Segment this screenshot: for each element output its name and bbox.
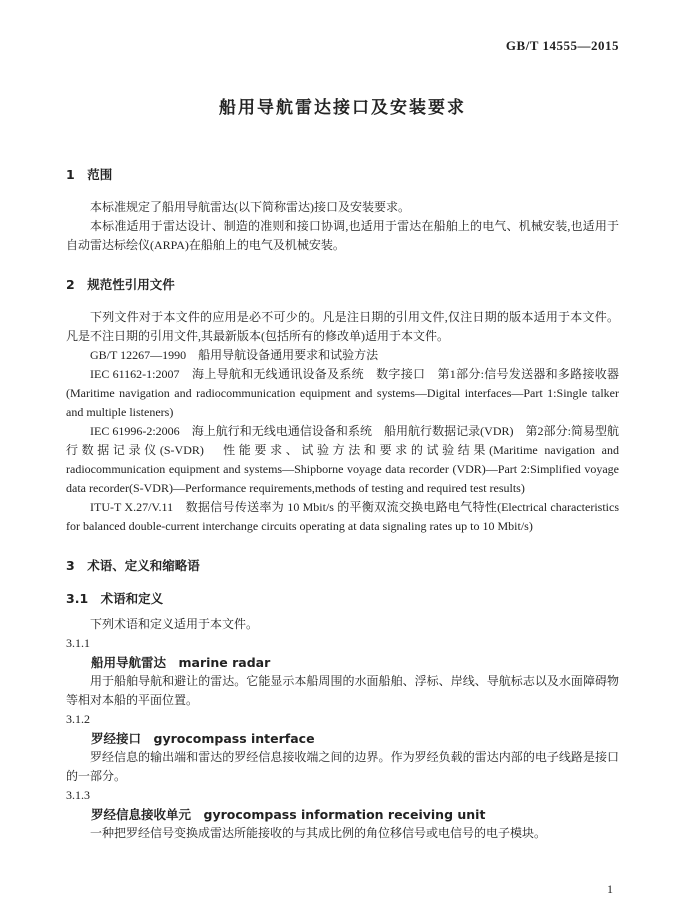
document-title: 船用导航雷达接口及安装要求: [66, 95, 619, 121]
section-2-heading: 2 规范性引用文件: [66, 275, 619, 294]
term-definition: 罗经信息的输出端和雷达的罗经信息接收端之间的边界。作为罗经负载的雷达内部的电子线…: [66, 748, 619, 786]
section-1-heading: 1 范围: [66, 165, 619, 184]
section-2-intro: 下列文件对于本文件的应用是必不可少的。凡是注日期的引用文件,仅注日期的版本适用于…: [66, 308, 619, 346]
section-1-paragraph-1: 本标准规定了船用导航雷达(以下简称雷达)接口及安装要求。: [66, 198, 619, 217]
term-number: 3.1.3: [66, 786, 619, 805]
term-entry-3-1-1: 3.1.1 船用导航雷达 marine radar 用于船舶导航和避让的雷达。它…: [66, 634, 619, 710]
normative-reference-list: GB/T 12267—1990 船用导航设备通用要求和试验方法 IEC 6116…: [66, 346, 619, 536]
page-number: 1: [607, 880, 613, 899]
reference-item-itu-t-x27-v11: ITU-T X.27/V.11 数据信号传送率为 10 Mbit/s 的平衡双流…: [66, 498, 619, 536]
document-page: GB/T 14555—2015 船用导航雷达接口及安装要求 1 范围 本标准规定…: [0, 0, 677, 909]
term-entry-3-1-2: 3.1.2 罗经接口 gyrocompass interface 罗经信息的输出…: [66, 710, 619, 786]
section-1-paragraph-2: 本标准适用于雷达设计、制造的准则和接口协调,也适用于雷达在船舶上的电气、机械安装…: [66, 217, 619, 255]
term-name: 船用导航雷达 marine radar: [66, 653, 619, 672]
term-entry-3-1-3: 3.1.3 罗经信息接收单元 gyrocompass information r…: [66, 786, 619, 843]
section-3-1-heading: 3.1 术语和定义: [66, 589, 619, 608]
term-definition: 用于船舶导航和避让的雷达。它能显示本船周围的水面船舶、浮标、岸线、导航标志以及水…: [66, 672, 619, 710]
reference-item-iec-61162-1: IEC 61162-1:2007 海上导航和无线通讯设备及系统 数字接口 第1部…: [66, 365, 619, 422]
term-name: 罗经信息接收单元 gyrocompass information receivi…: [66, 805, 619, 824]
term-name: 罗经接口 gyrocompass interface: [66, 729, 619, 748]
term-number: 3.1.1: [66, 634, 619, 653]
section-3-heading: 3 术语、定义和缩略语: [66, 556, 619, 575]
section-3-1-intro: 下列术语和定义适用于本文件。: [66, 615, 619, 634]
term-definition: 一种把罗经信号变换成雷达所能接收的与其成比例的角位移信号或电信号的电子模块。: [66, 824, 619, 843]
term-number: 3.1.2: [66, 710, 619, 729]
reference-item-gbt-12267: GB/T 12267—1990 船用导航设备通用要求和试验方法: [66, 346, 619, 365]
standard-number: GB/T 14555—2015: [66, 36, 619, 55]
reference-item-iec-61996-2: IEC 61996-2:2006 海上航行和无线电通信设备和系统 船用航行数据记…: [66, 422, 619, 498]
